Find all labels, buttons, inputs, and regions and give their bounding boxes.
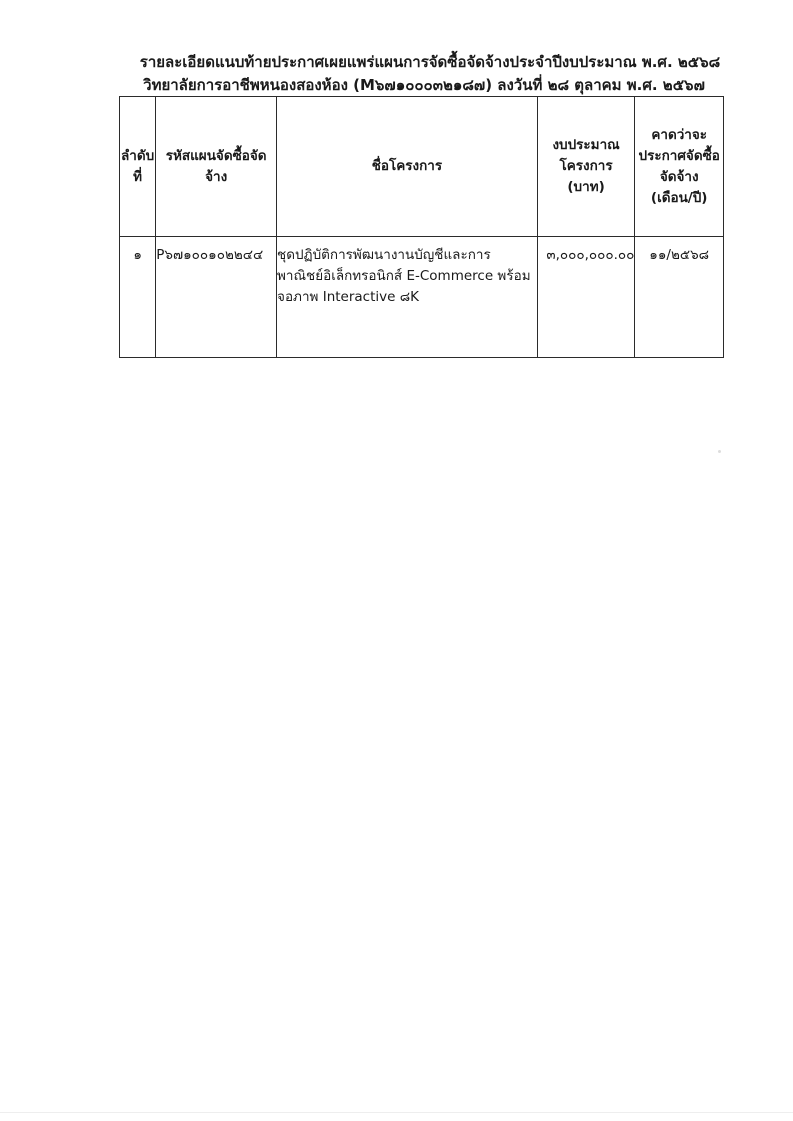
header-budget-line: (บาท) bbox=[538, 177, 635, 198]
scan-speck bbox=[718, 450, 721, 453]
table-row: ๑ P๖๗๑๐๐๑๐๒๒๔๔ ชุดปฏิบัติการพัฒนางานบัญช… bbox=[120, 237, 724, 358]
document-title-line-1: รายละเอียดแนบท้ายประกาศเผยแพร่แผนการจัดซ… bbox=[70, 52, 790, 72]
row-project-name: ชุดปฏิบัติการพัฒนางานบัญชีและการพาณิชย์อ… bbox=[277, 237, 538, 358]
header-plan-code-line: รหัสแผนจัดซื้อจัด bbox=[156, 146, 276, 167]
procurement-plan-table: ลำดับ ที่ รหัสแผนจัดซื้อจัด จ้าง ชื่อโคร… bbox=[119, 96, 724, 358]
header-plan-code: รหัสแผนจัดซื้อจัด จ้าง bbox=[156, 97, 277, 237]
header-budget-line: โครงการ bbox=[538, 156, 635, 177]
header-expected-month: คาดว่าจะ ประกาศจัดซื้อ จัดจ้าง (เดือน/ปี… bbox=[635, 97, 724, 237]
header-budget-line: งบประมาณ bbox=[538, 135, 635, 156]
header-budget: งบประมาณ โครงการ (บาท) bbox=[537, 97, 635, 237]
header-expected-month-line: ประกาศจัดซื้อ bbox=[635, 146, 723, 167]
document-title-line-2: วิทยาลัยการอาชีพหนองสองห้อง (M๖๗๑๐๐๐๓๒๑๘… bbox=[64, 75, 784, 95]
table-header-row: ลำดับ ที่ รหัสแผนจัดซื้อจัด จ้าง ชื่อโคร… bbox=[120, 97, 724, 237]
header-no: ลำดับ ที่ bbox=[120, 97, 156, 237]
row-budget: ๓,๐๐๐,๐๐๐.๐๐ bbox=[537, 237, 635, 358]
header-no-line: ลำดับ bbox=[120, 146, 155, 167]
row-expected-month: ๑๑/๒๕๖๘ bbox=[635, 237, 724, 358]
row-plan-code: P๖๗๑๐๐๑๐๒๒๔๔ bbox=[156, 237, 277, 358]
header-project-name-line: ชื่อโครงการ bbox=[277, 156, 537, 177]
header-expected-month-line: จัดจ้าง bbox=[635, 167, 723, 188]
header-expected-month-line: (เดือน/ปี) bbox=[635, 188, 723, 209]
row-no: ๑ bbox=[120, 237, 156, 358]
header-plan-code-line: จ้าง bbox=[156, 167, 276, 188]
page-edge-line bbox=[0, 1112, 793, 1113]
header-expected-month-line: คาดว่าจะ bbox=[635, 125, 723, 146]
header-project-name: ชื่อโครงการ bbox=[277, 97, 538, 237]
header-no-line: ที่ bbox=[120, 167, 155, 188]
